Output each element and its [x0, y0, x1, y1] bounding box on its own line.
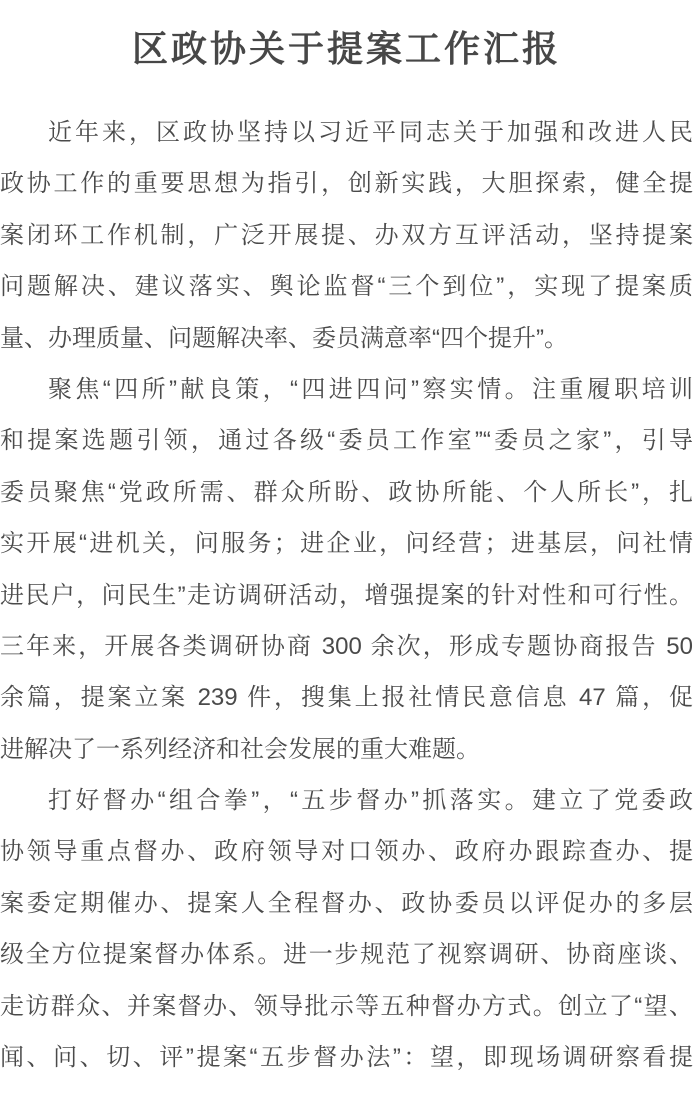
text-line: 三年来，开展各类调研协商 300 余次，形成专题协商报告 50 [0, 621, 693, 672]
text-line: 余篇，提案立案 239 件，搜集上报社情民意信息 47 篇，促 [0, 672, 693, 723]
text-line: 量、办理质量、问题解决率、委员满意率“四个提升”。 [0, 313, 693, 364]
text-line: 进民户，问民生”走访调研活动，增强提案的针对性和可行性。 [0, 570, 693, 621]
text-line: 进解决了一系列经济和社会发展的重大难题。 [0, 724, 693, 775]
document-title: 区政协关于提案工作汇报 [0, 27, 693, 71]
text-line: 和提案选题引领，通过各级“委员工作室”“委员之家”，引导 [0, 415, 693, 466]
text-line: 聚焦“四所”献良策，“四进四问”察实情。注重履职培训 [0, 364, 693, 415]
text-line: 问题解决、建议落实、舆论监督“三个到位”，实现了提案质 [0, 261, 693, 312]
text-line: 政协工作的重要思想为指引，创新实践，大胆探索，健全提 [0, 158, 693, 209]
text-line: 走访群众、并案督办、领导批示等五种督办方式。创立了“望、 [0, 981, 693, 1032]
document-body: 近年来，区政协坚持以习近平同志关于加强和改进人民政协工作的重要思想为指引，创新实… [0, 107, 693, 1083]
text-line: 近年来，区政协坚持以习近平同志关于加强和改进人民 [0, 107, 693, 158]
text-line: 打好督办“组合拳”，“五步督办”抓落实。建立了党委政 [0, 775, 693, 826]
text-line: 委员聚焦“党政所需、群众所盼、政协所能、个人所长”，扎 [0, 467, 693, 518]
text-line: 案委定期催办、提案人全程督办、政协委员以评促办的多层 [0, 878, 693, 929]
text-line: 级全方位提案督办体系。进一步规范了视察调研、协商座谈、 [0, 929, 693, 980]
text-line: 闻、问、切、评”提案“五步督办法”：望，即现场调研察看提 [0, 1032, 693, 1083]
document-page: 区政协关于提案工作汇报 近年来，区政协坚持以习近平同志关于加强和改进人民政协工作… [0, 0, 693, 1097]
text-line: 协领导重点督办、政府领导对口领办、政府办跟踪查办、提 [0, 826, 693, 877]
text-line: 案闭环工作机制，广泛开展提、办双方互评活动，坚持提案 [0, 210, 693, 261]
text-line: 实开展“进机关，问服务；进企业，问经营；进基层，问社情 [0, 518, 693, 569]
